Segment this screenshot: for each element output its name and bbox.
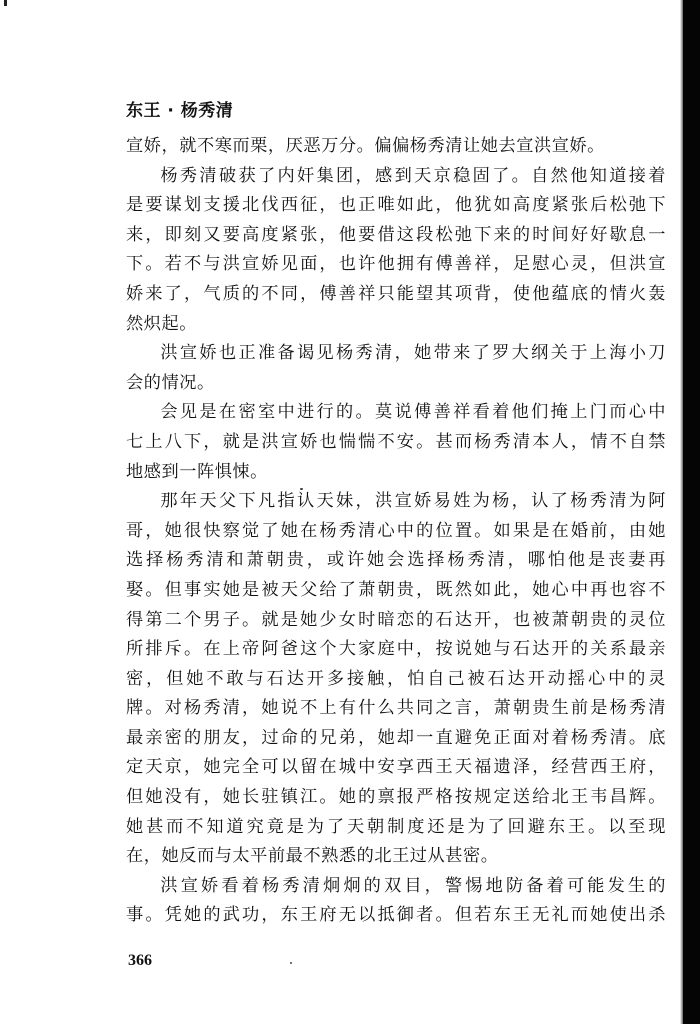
text-line: 地感到一阵惧悚。 <box>126 458 666 488</box>
text-line: 哥，她很快察觉了她在杨秀清心中的位置。如果是在婚前，由她 <box>126 517 666 547</box>
text-line: 会见是在密室中进行的。莫说傅善祥看着他们掩上门而心中 <box>126 398 666 428</box>
running-head: 东王 · 杨秀清 <box>126 96 233 121</box>
text-line: 事。凭她的武功，东王府无以抵御者。但若东王无礼而她使出杀 <box>126 901 666 931</box>
text-line: 娶。但事实她是被天父给了萧朝贵，既然如此，她心中再也容不 <box>126 576 666 606</box>
text-line: 但她没有，她长驻镇江。她的禀报严格按规定送给北王韦昌辉。 <box>126 783 666 813</box>
text-line: 会的情况。 <box>126 369 666 399</box>
scan-artifact-mark <box>4 0 7 6</box>
text-line: 七上八下，就是洪宣娇也惴惴不安。甚而杨秀清本人，情不自禁 <box>126 428 666 458</box>
text-line: 娇来了，气质的不同，傅善祥只能望其项背，使他蕴底的情火轰 <box>126 280 666 310</box>
text-line: 定天京，她完全可以留在城中安享西王天福遗泽，经营西王府， <box>126 753 666 783</box>
text-line: 所排斥。在上帝阿爸这个大家庭中，按说她与石达开的关系最亲 <box>126 635 666 665</box>
text-line: 宣娇，就不寒而栗，厌恶万分。偏偏杨秀清让她去宣洪宣娇。 <box>126 132 666 162</box>
text-line: 她甚而不知道究竟是为了天朝制度还是为了回避东王。以至现 <box>126 813 666 843</box>
text-line: 洪宣娇看着杨秀清炯炯的双目，警惕地防备着可能发生的 <box>126 872 666 902</box>
text-line: 然炽起。 <box>126 310 666 340</box>
text-line: 密，但她不敢与石达开多接触，怕自己被石达开动摇心中的灵 <box>126 665 666 695</box>
text-line: 下。若不与洪宣娇见面，也许他拥有傅善祥，足慰心灵，但洪宣 <box>126 250 666 280</box>
scan-speck <box>300 488 303 490</box>
text-line: 那年天父下凡指认天妹，洪宣娇易姓为杨，认了杨秀清为阿 <box>126 487 666 517</box>
text-line: 牌。对杨秀清，她说不上有什么共同之言，萧朝贵生前是杨秀清 <box>126 694 666 724</box>
body-text: 宣娇，就不寒而栗，厌恶万分。偏偏杨秀清让她去宣洪宣娇。杨秀清破获了内奸集团，感到… <box>126 132 666 931</box>
text-line: 在，她反而与太平前最不熟悉的北王过从甚密。 <box>126 842 666 872</box>
text-line: 来，即刻又要高度紧张，他要借这段松弛下来的时间好好歇息一 <box>126 221 666 251</box>
page-number: 366 <box>128 952 152 970</box>
text-line: 洪宣娇也正准备谒见杨秀清，她带来了罗大纲关于上海小刀 <box>126 339 666 369</box>
text-line: 杨秀清破获了内奸集团，感到天京稳固了。自然他知道接着 <box>126 162 666 192</box>
text-line: 得第二个男子。就是她少女时暗恋的石达开，也被萧朝贵的灵位 <box>126 606 666 636</box>
text-line: 最亲密的朋友，过命的兄弟，她却一直避免正面对着杨秀清。底 <box>126 724 666 754</box>
text-line: 选择杨秀清和萧朝贵，或许她会选择杨秀清，哪怕他是丧妻再 <box>126 546 666 576</box>
text-line: 是要谋划支援北伐西征，也正唯如此，他犹如高度紧张后松弛下 <box>126 191 666 221</box>
scan-border-right <box>683 0 700 1024</box>
book-page: 东王 · 杨秀清 宣娇，就不寒而栗，厌恶万分。偏偏杨秀清让她去宣洪宣娇。杨秀清破… <box>0 0 700 1024</box>
scan-speck <box>290 962 292 964</box>
